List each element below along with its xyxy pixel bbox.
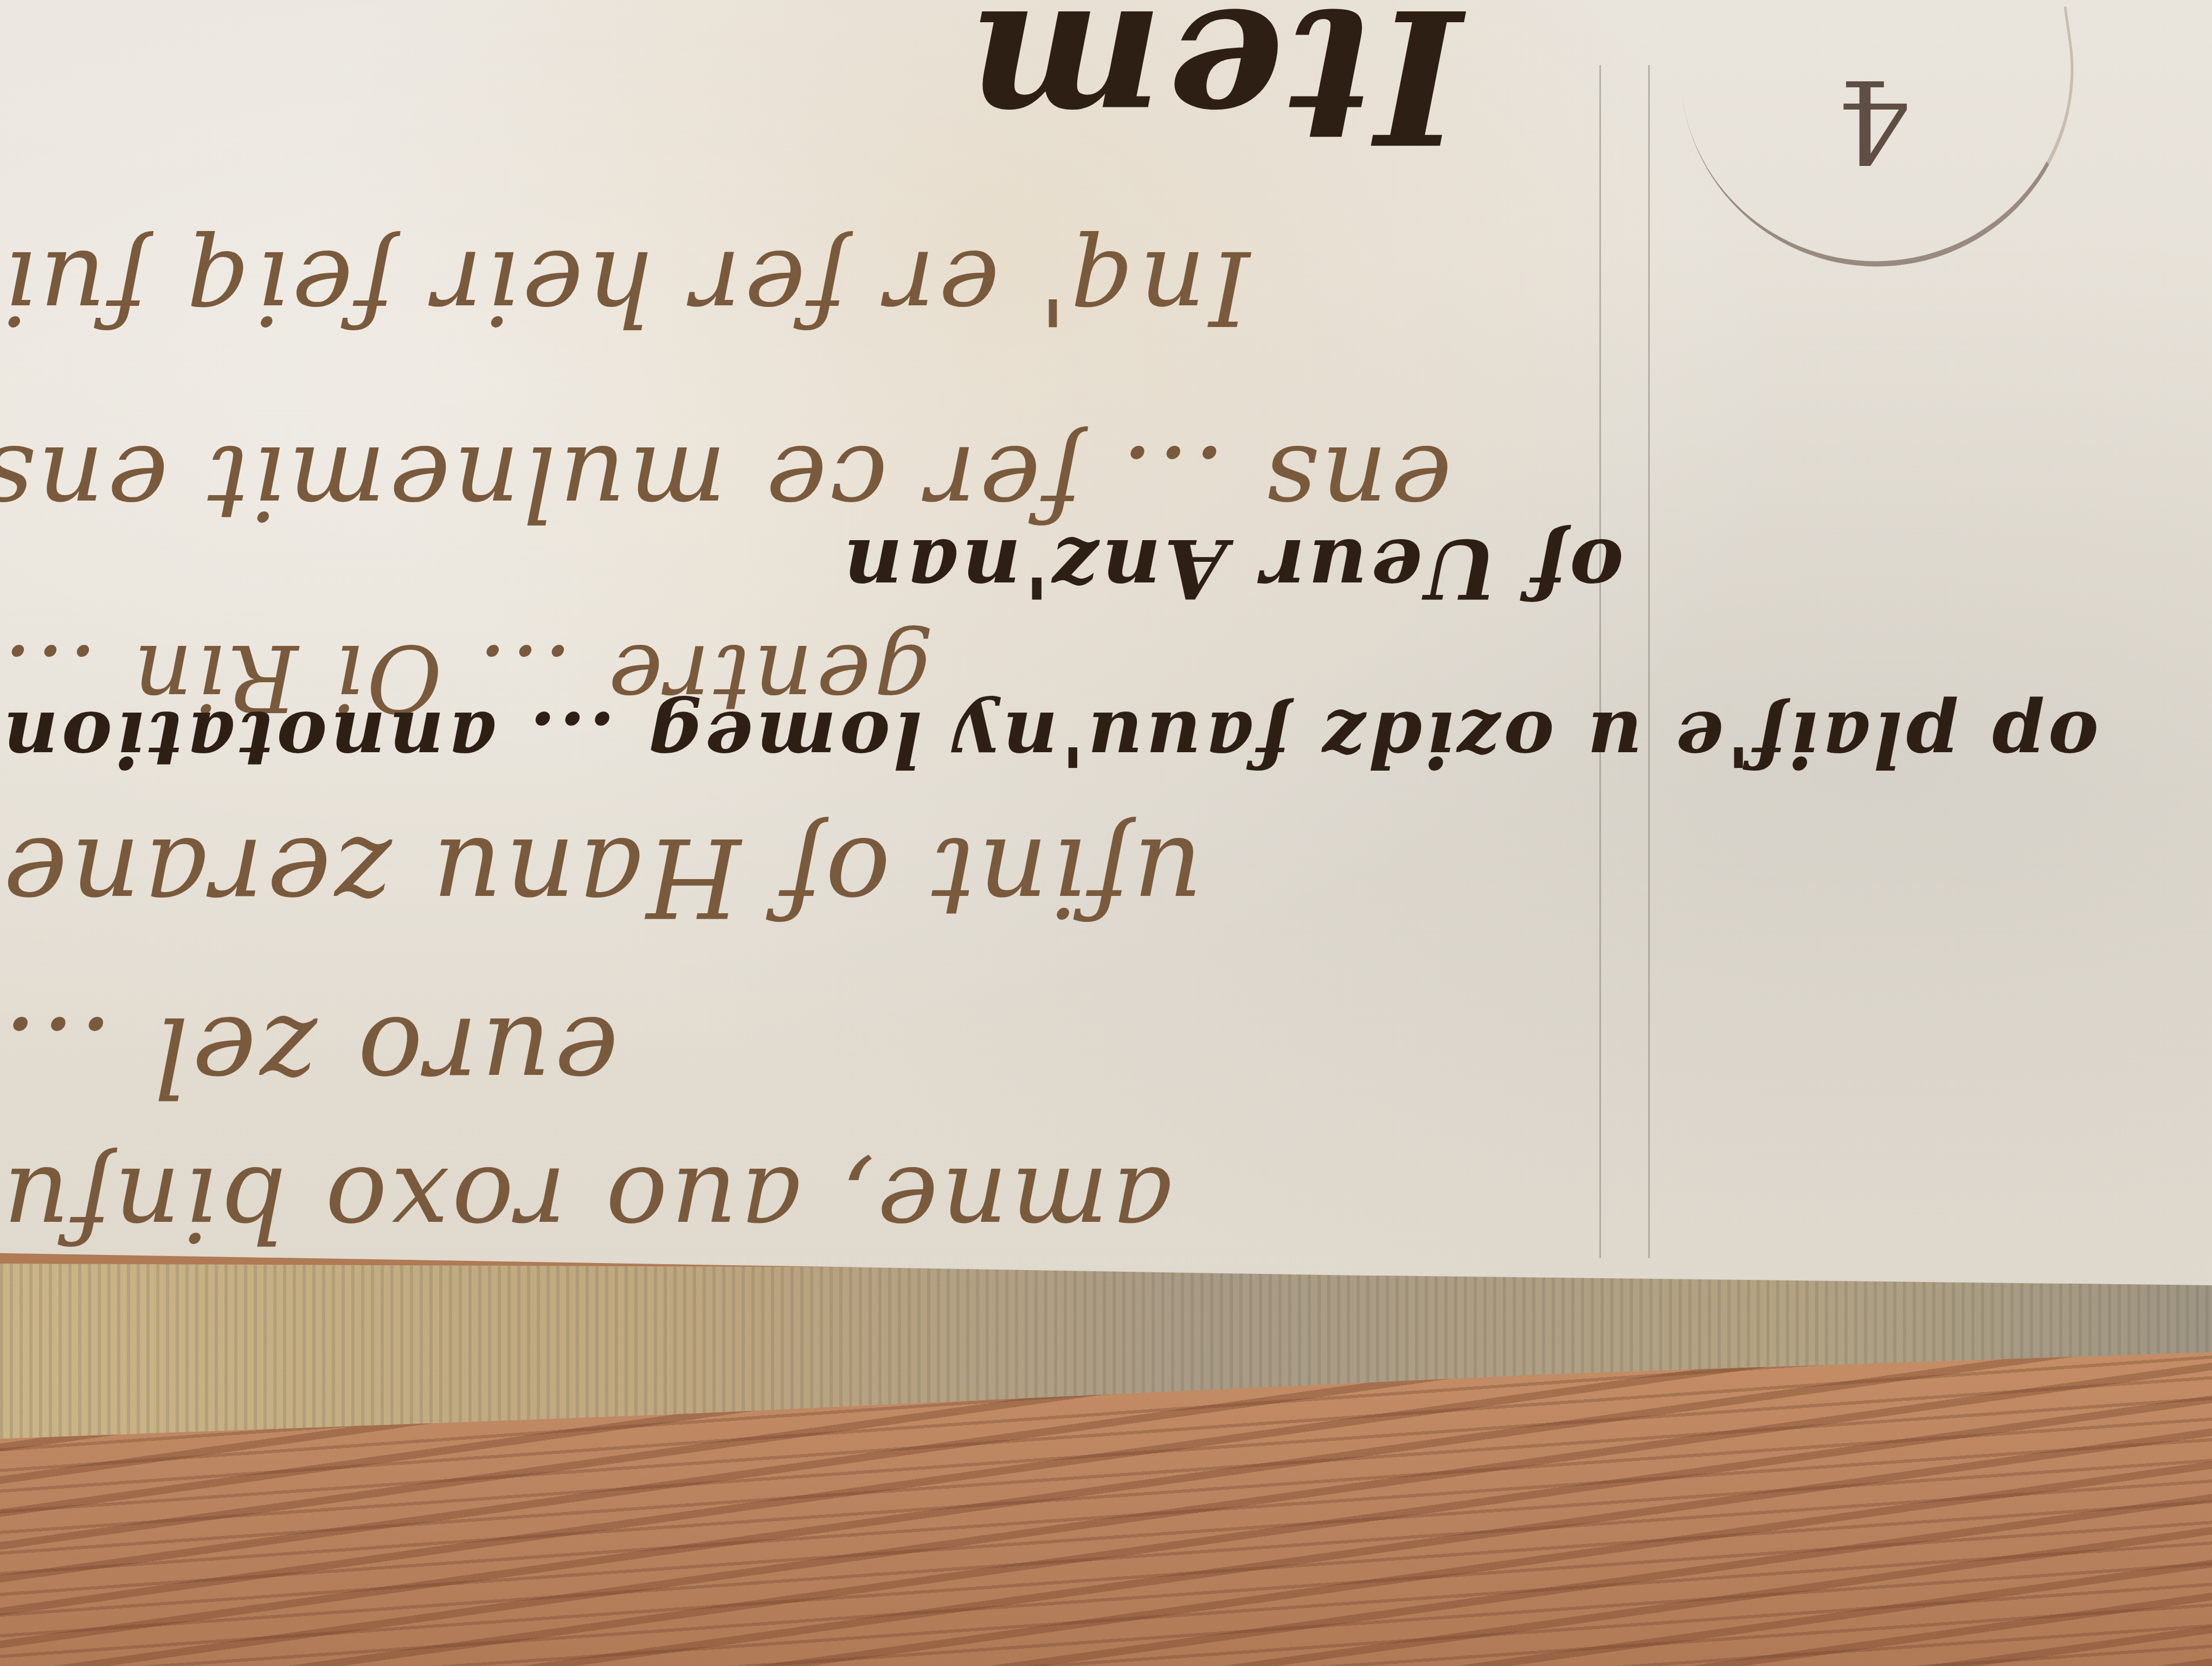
ruling-line-left: [1599, 65, 1601, 1258]
text-line: amne, auo roxo binfu: [0, 1144, 1173, 1264]
text-line-heading: Item: [965, 0, 1462, 184]
text-line-interlinear: of Ueur Anz'nan: [840, 521, 1624, 616]
ruling-line-right: [1648, 65, 1650, 1258]
folio-number: 4: [1838, 54, 1911, 187]
text-line: euro zel ...: [0, 992, 619, 1119]
text-line-annotation: op plaif'e u ozidz fauu'ny lomeg ... ann…: [0, 694, 2099, 783]
text-line: Inq' er fer heir feiq fui: [0, 228, 1250, 348]
text-line: ufint of Hanu zerane: [0, 813, 1203, 940]
